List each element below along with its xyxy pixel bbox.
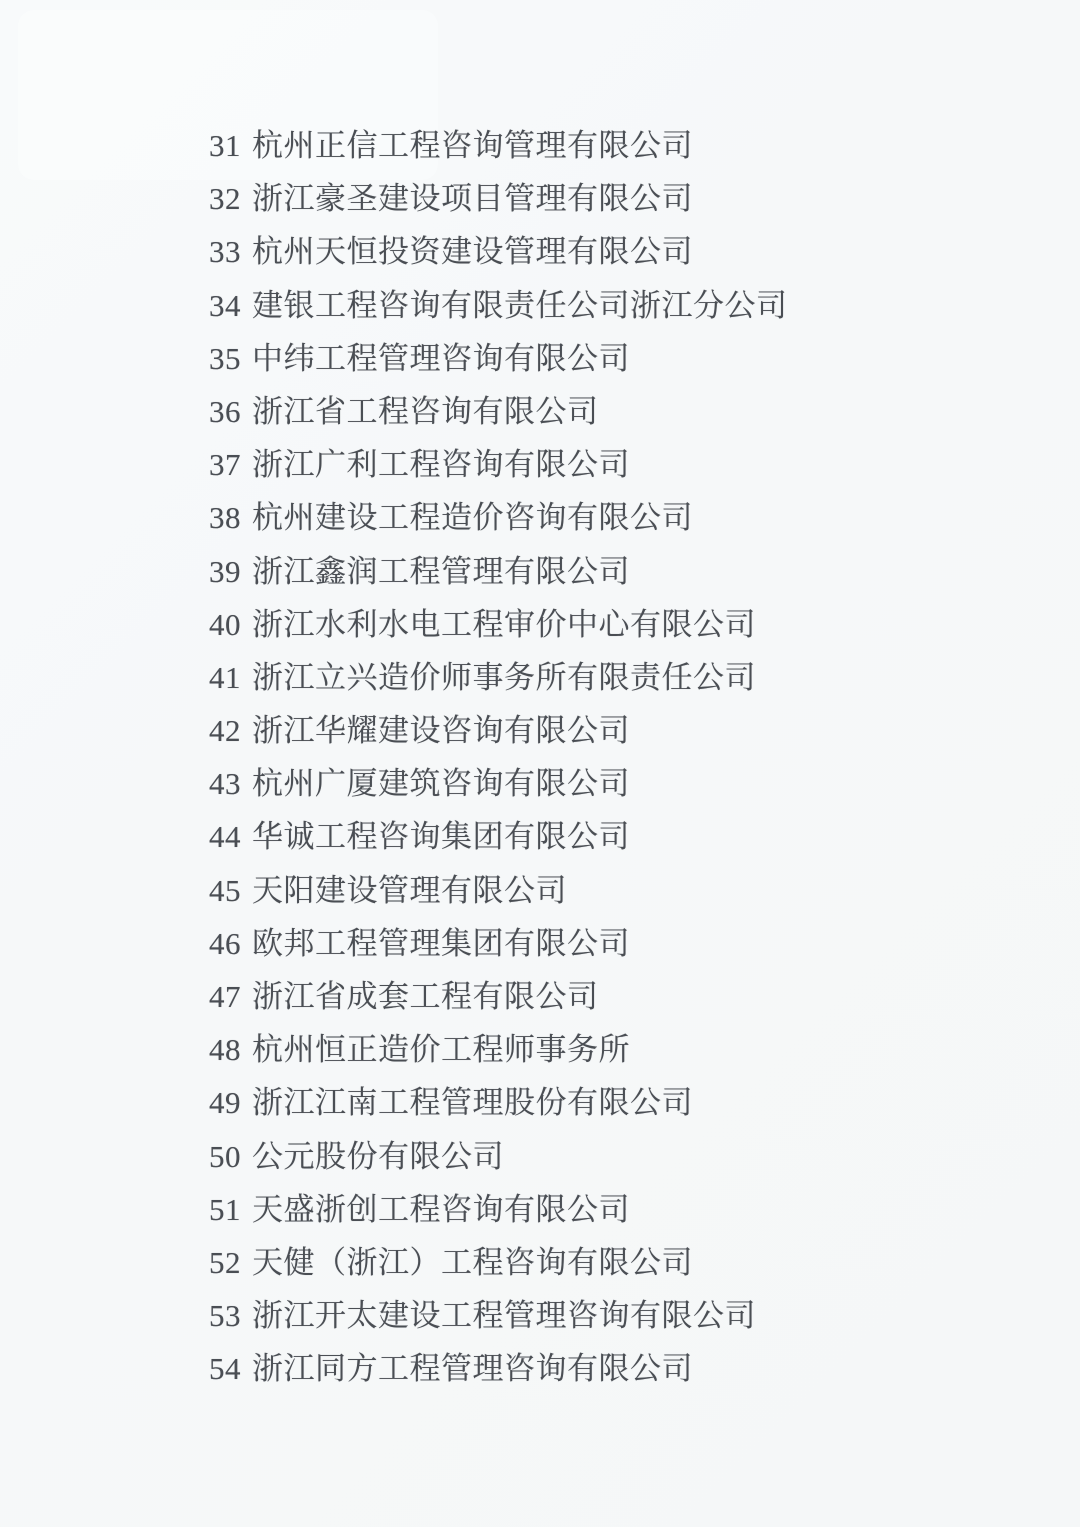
company-name: 浙江立兴造价师事务所有限责任公司 — [252, 661, 756, 695]
item-number: 47 — [209, 980, 241, 1014]
company-name: 中纬工程管理咨询有限公司 — [252, 342, 630, 376]
list-item: 35 中纬工程管理咨询有限公司 — [209, 342, 788, 395]
list-item: 44 华诚工程咨询集团有限公司 — [209, 820, 788, 873]
list-item: 47 浙江省成套工程有限公司 — [209, 980, 788, 1033]
list-item: 52 天健（浙江）工程咨询有限公司 — [209, 1246, 788, 1299]
item-number: 49 — [209, 1086, 241, 1120]
list-item: 31 杭州正信工程咨询管理有限公司 — [209, 129, 788, 182]
company-name: 华诚工程咨询集团有限公司 — [252, 820, 630, 854]
company-name: 浙江华耀建设咨询有限公司 — [252, 714, 630, 748]
list-item: 54 浙江同方工程管理咨询有限公司 — [209, 1352, 788, 1405]
item-number: 40 — [209, 608, 241, 642]
item-number: 38 — [209, 501, 241, 535]
company-name: 浙江省成套工程有限公司 — [252, 980, 599, 1014]
item-number: 45 — [209, 874, 241, 908]
company-name: 杭州正信工程咨询管理有限公司 — [252, 129, 693, 163]
list-item: 32 浙江豪圣建设项目管理有限公司 — [209, 182, 788, 235]
company-name: 杭州广厦建筑咨询有限公司 — [252, 767, 630, 801]
company-name: 杭州恒正造价工程师事务所 — [252, 1033, 630, 1067]
list-item: 51 天盛浙创工程咨询有限公司 — [209, 1193, 788, 1246]
item-number: 46 — [209, 927, 241, 961]
item-number: 52 — [209, 1246, 241, 1280]
list-item: 33 杭州天恒投资建设管理有限公司 — [209, 235, 788, 288]
item-number: 32 — [209, 182, 241, 216]
company-name: 浙江江南工程管理股份有限公司 — [252, 1086, 693, 1120]
item-number: 33 — [209, 235, 241, 269]
list-item: 42 浙江华耀建设咨询有限公司 — [209, 714, 788, 767]
list-item: 36 浙江省工程咨询有限公司 — [209, 395, 788, 448]
company-name: 浙江豪圣建设项目管理有限公司 — [252, 182, 693, 216]
company-list: 31 杭州正信工程咨询管理有限公司 32 浙江豪圣建设项目管理有限公司 33 杭… — [209, 129, 788, 1406]
item-number: 37 — [209, 448, 241, 482]
item-number: 42 — [209, 714, 241, 748]
list-item: 49 浙江江南工程管理股份有限公司 — [209, 1086, 788, 1139]
item-number: 53 — [209, 1299, 241, 1333]
list-item: 45 天阳建设管理有限公司 — [209, 874, 788, 927]
item-number: 34 — [209, 289, 241, 323]
item-number: 43 — [209, 767, 241, 801]
company-name: 浙江开太建设工程管理咨询有限公司 — [252, 1299, 756, 1333]
company-name: 浙江鑫润工程管理有限公司 — [252, 555, 630, 589]
item-number: 48 — [209, 1033, 241, 1067]
company-name: 欧邦工程管理集团有限公司 — [252, 927, 630, 961]
list-item: 50 公元股份有限公司 — [209, 1140, 788, 1193]
company-name: 浙江广利工程咨询有限公司 — [252, 448, 630, 482]
list-item: 53 浙江开太建设工程管理咨询有限公司 — [209, 1299, 788, 1352]
item-number: 50 — [209, 1140, 241, 1174]
list-item: 39 浙江鑫润工程管理有限公司 — [209, 555, 788, 608]
company-name: 浙江同方工程管理咨询有限公司 — [252, 1352, 693, 1386]
item-number: 35 — [209, 342, 241, 376]
company-name: 杭州天恒投资建设管理有限公司 — [252, 235, 693, 269]
list-item: 48 杭州恒正造价工程师事务所 — [209, 1033, 788, 1086]
item-number: 44 — [209, 820, 241, 854]
company-name: 公元股份有限公司 — [252, 1140, 504, 1174]
list-item: 46 欧邦工程管理集团有限公司 — [209, 927, 788, 980]
company-name: 杭州建设工程造价咨询有限公司 — [252, 501, 693, 535]
list-item: 37 浙江广利工程咨询有限公司 — [209, 448, 788, 501]
item-number: 54 — [209, 1352, 241, 1386]
item-number: 36 — [209, 395, 241, 429]
list-item: 40 浙江水利水电工程审价中心有限公司 — [209, 608, 788, 661]
item-number: 31 — [209, 129, 241, 163]
list-item: 34 建银工程咨询有限责任公司浙江分公司 — [209, 289, 788, 342]
company-name: 浙江水利水电工程审价中心有限公司 — [252, 608, 756, 642]
company-name: 天健（浙江）工程咨询有限公司 — [252, 1246, 693, 1280]
document-page: 31 杭州正信工程咨询管理有限公司 32 浙江豪圣建设项目管理有限公司 33 杭… — [0, 0, 1080, 1527]
item-number: 51 — [209, 1193, 241, 1227]
list-item: 38 杭州建设工程造价咨询有限公司 — [209, 501, 788, 554]
company-name: 天阳建设管理有限公司 — [252, 874, 567, 908]
list-item: 43 杭州广厦建筑咨询有限公司 — [209, 767, 788, 820]
company-name: 浙江省工程咨询有限公司 — [252, 395, 599, 429]
company-name: 建银工程咨询有限责任公司浙江分公司 — [252, 289, 788, 323]
list-item: 41 浙江立兴造价师事务所有限责任公司 — [209, 661, 788, 714]
item-number: 41 — [209, 661, 241, 695]
company-name: 天盛浙创工程咨询有限公司 — [252, 1193, 630, 1227]
item-number: 39 — [209, 555, 241, 589]
